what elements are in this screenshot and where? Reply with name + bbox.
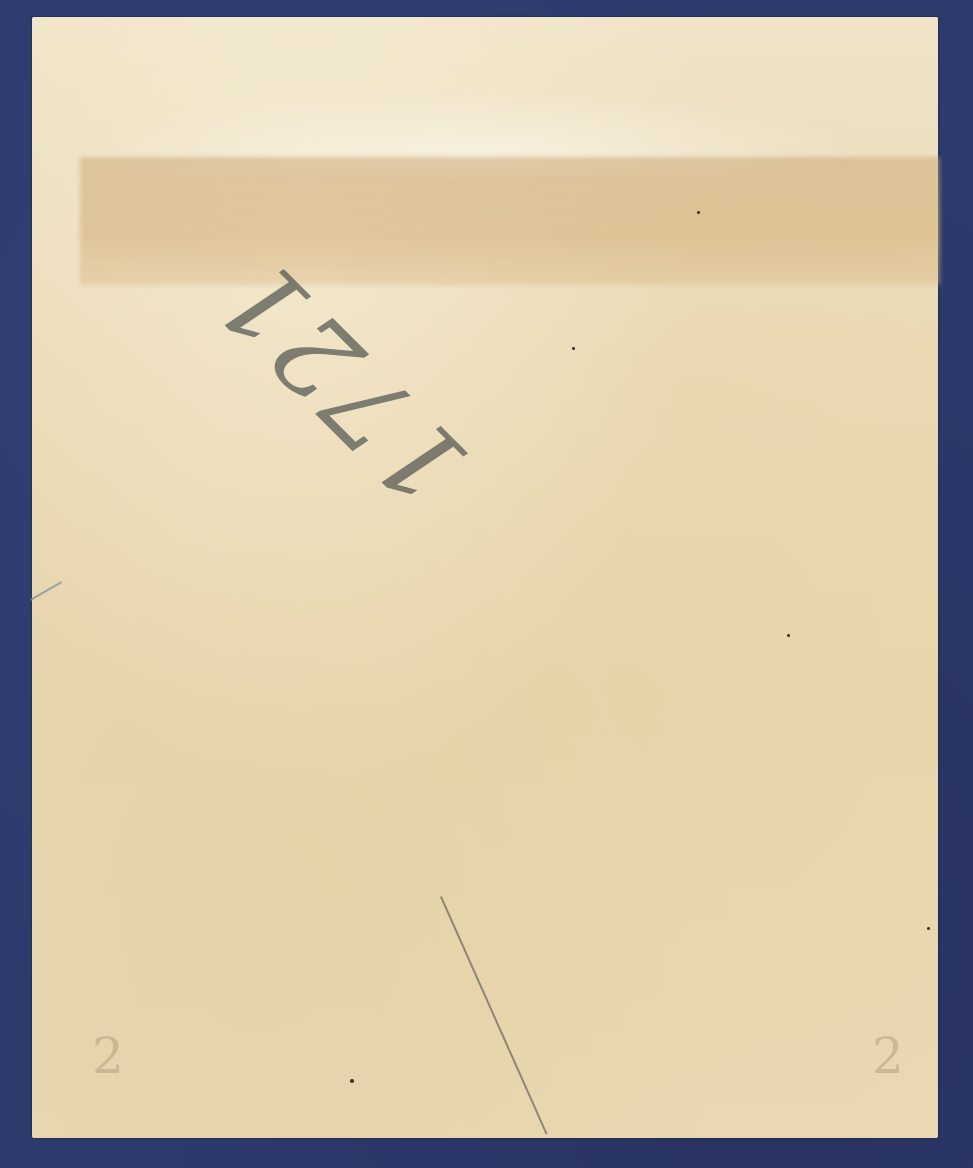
corner-mark-right: 2 [872,1027,904,1085]
paper-speck [572,347,575,350]
stamp-back: 1721 2 2 [32,17,938,1138]
hinge-remnant [80,157,940,285]
corner-mark-left: 2 [92,1027,124,1085]
paper-speck [787,634,790,637]
paper-speck [697,211,700,214]
pencil-line [440,896,548,1134]
paper-speck [350,1079,354,1083]
paper-speck [927,927,930,930]
